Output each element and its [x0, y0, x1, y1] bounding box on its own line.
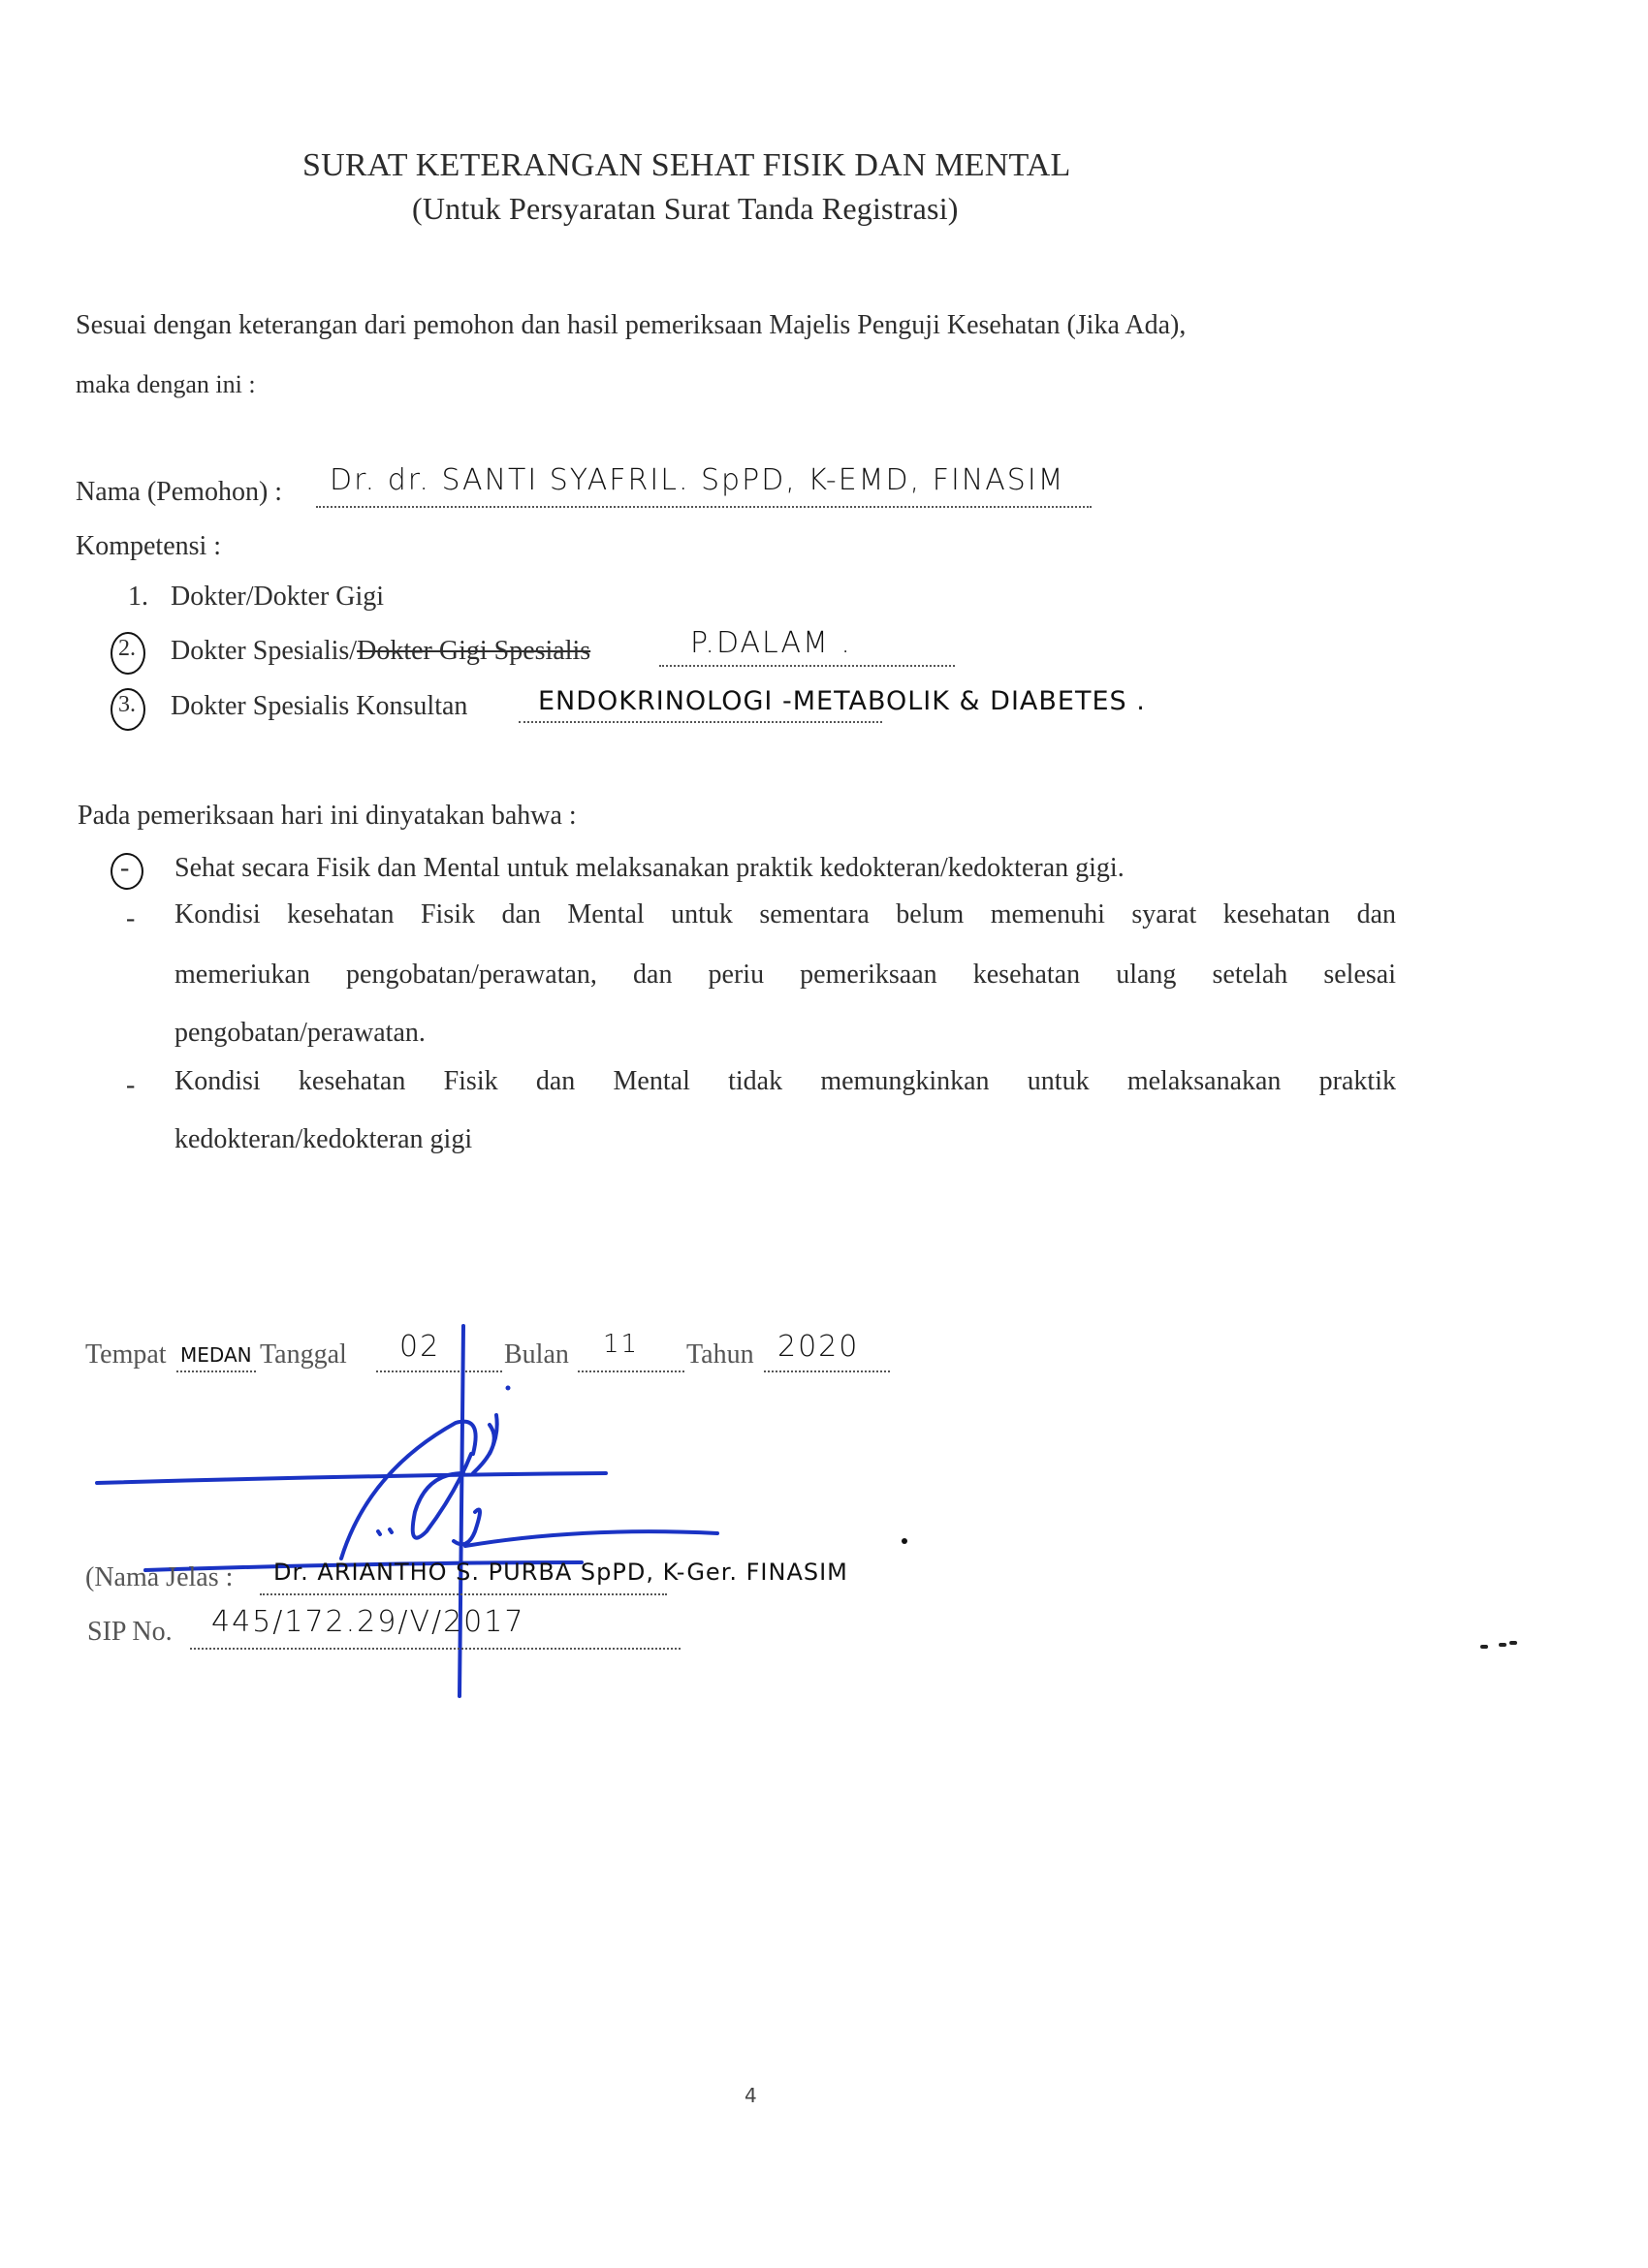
name-label: (Nama Jelas : [85, 1562, 233, 1593]
scan-speck [1480, 1645, 1488, 1649]
sip-underline [190, 1648, 681, 1650]
sip-label: SIP No. [87, 1617, 173, 1648]
scan-speck [1509, 1641, 1517, 1645]
signatory-name-value[interactable]: Dr. ARIANTHO S. PURBA SpPD, K-Ger. FINAS… [273, 1559, 848, 1586]
page-number: 4 [745, 2084, 757, 2107]
name-underline [260, 1593, 667, 1595]
signature-drawing [0, 0, 1648, 2268]
scan-speck [1499, 1643, 1506, 1647]
sip-value[interactable]: 445/172.29/V/2017 [211, 1605, 524, 1639]
